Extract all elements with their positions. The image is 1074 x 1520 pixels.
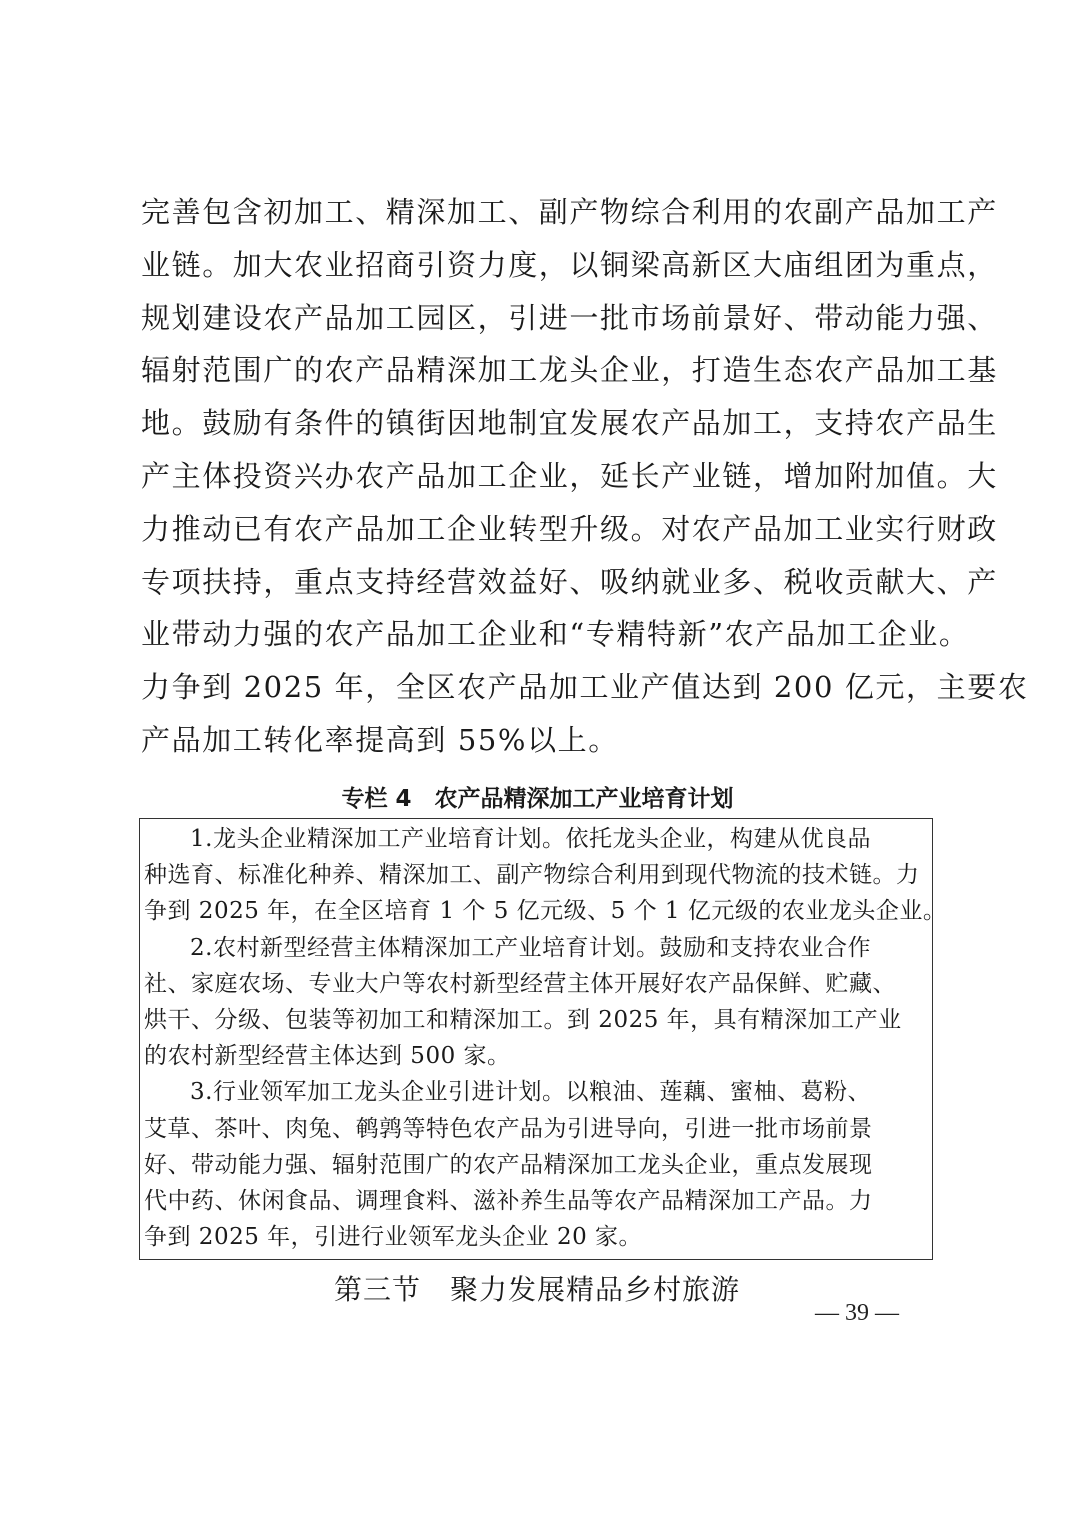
body-line: 力推动已有农产品加工企业转型升级。对农产品加工业实行财政 (141, 503, 941, 556)
body-line: 专项扶持，重点支持经营效益好、吸纳就业多、税收贡献大、产 (141, 556, 941, 609)
box-line: 2.农村新型经营主体精深加工产业培育计划。鼓励和支持农业合作 (144, 930, 934, 966)
box-line: 的农村新型经营主体达到 500 家。 (144, 1038, 934, 1074)
box-line: 争到 2025 年，在全区培育 1 个 5 亿元级、5 个 1 亿元级的农业龙头… (144, 893, 934, 929)
box-title: 专栏 4 农产品精深加工产业培育计划 (139, 784, 936, 814)
box-line: 烘干、分级、包装等初加工和精深加工。到 2025 年，具有精深加工产业 (144, 1002, 934, 1038)
body-line: 规划建设农产品加工园区，引进一批市场前景好、带动能力强、 (141, 292, 941, 345)
box-item-2: 2.农村新型经营主体精深加工产业培育计划。鼓励和支持农业合作 社、家庭农场、专业… (144, 930, 934, 1075)
body-paragraph: 完善包含初加工、精深加工、副产物综合利用的农副产品加工产 业链。加大农业招商引资… (141, 186, 941, 767)
body-line: 产主体投资兴办农产品加工企业，延长产业链，增加附加值。大 (141, 450, 941, 503)
box-item-1: 1.龙头企业精深加工产业培育计划。依托龙头企业，构建从优良品 种选育、标准化种养… (144, 821, 934, 930)
box-line: 种选育、标准化种养、精深加工、副产物综合利用到现代物流的技术链。力 (144, 857, 934, 893)
section-heading: 第三节 聚力发展精品乡村旅游 (334, 1272, 740, 1308)
box-item-3: 3.行业领军加工龙头企业引进计划。以粮油、莲藕、蜜柚、葛粉、 艾草、茶叶、肉兔、… (144, 1074, 934, 1255)
box-content: 1.龙头企业精深加工产业培育计划。依托龙头企业，构建从优良品 种选育、标准化种养… (144, 821, 934, 1255)
box-line: 社、家庭农场、专业大户等农村新型经营主体开展好农产品保鲜、贮藏、 (144, 966, 934, 1002)
box-line: 艾草、茶叶、肉兔、鹌鹑等特色农产品为引进导向，引进一批市场前景 (144, 1111, 934, 1147)
box-line: 好、带动能力强、辐射范围广的农产品精深加工龙头企业，重点发展现 (144, 1147, 934, 1183)
body-line: 业链。加大农业招商引资力度，以铜梁高新区大庙组团为重点， (141, 239, 941, 292)
body-line: 地。鼓励有条件的镇街因地制宜发展农产品加工，支持农产品生 (141, 397, 941, 450)
body-line: 完善包含初加工、精深加工、副产物综合利用的农副产品加工产 (141, 186, 941, 239)
body-line: 力争到 2025 年，全区农产品加工业产值达到 200 亿元，主要农 (141, 661, 941, 714)
page-number: — 39 — (815, 1298, 899, 1328)
body-line: 产品加工转化率提高到 55%以上。 (141, 714, 941, 767)
box-line: 1.龙头企业精深加工产业培育计划。依托龙头企业，构建从优良品 (144, 821, 934, 857)
body-line: 业带动力强的农产品加工企业和“专精特新”农产品加工企业。 (141, 608, 941, 661)
body-line: 辐射范围广的农产品精深加工龙头企业，打造生态农产品加工基 (141, 344, 941, 397)
column-box: 1.龙头企业精深加工产业培育计划。依托龙头企业，构建从优良品 种选育、标准化种养… (139, 818, 933, 1260)
box-line: 争到 2025 年，引进行业领军龙头企业 20 家。 (144, 1219, 934, 1255)
box-line: 3.行业领军加工龙头企业引进计划。以粮油、莲藕、蜜柚、葛粉、 (144, 1074, 934, 1110)
box-line: 代中药、休闲食品、调理食料、滋补养生品等农产品精深加工产品。力 (144, 1183, 934, 1219)
